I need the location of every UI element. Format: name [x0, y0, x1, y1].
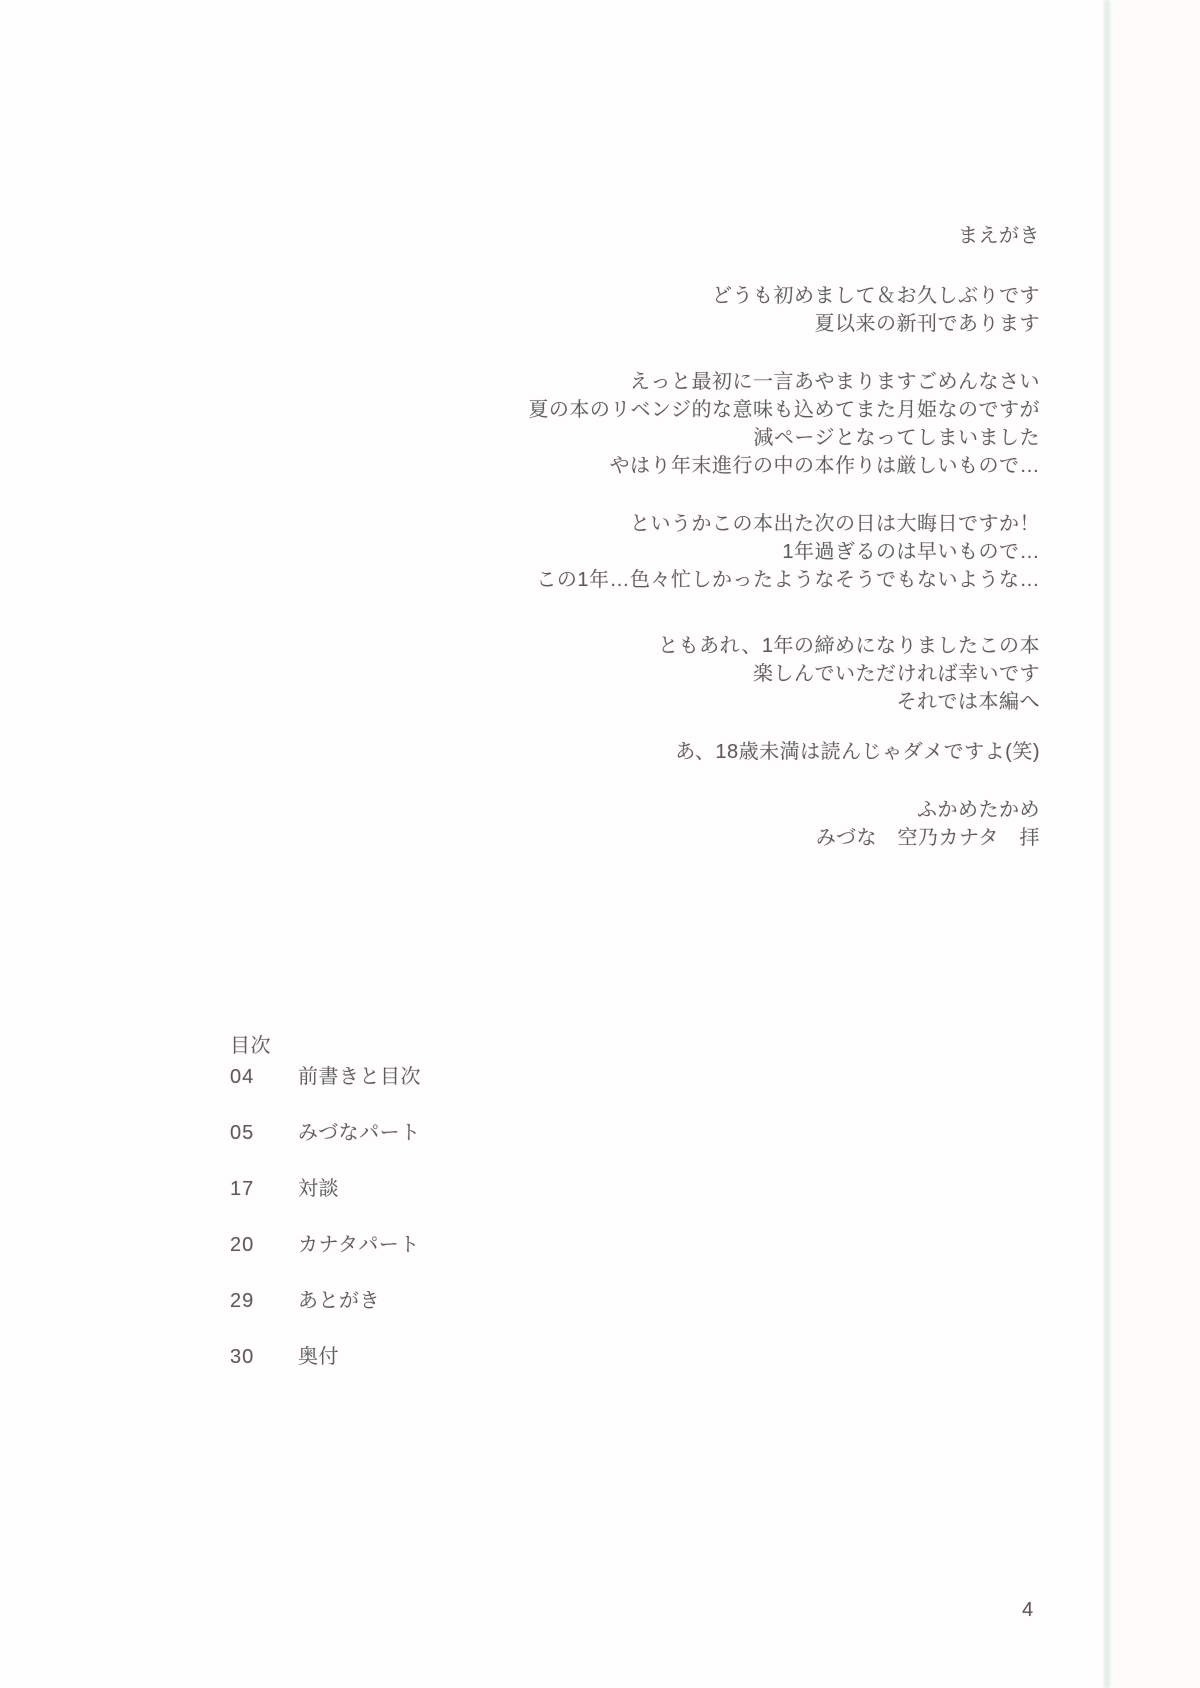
toc-item-title: カナタパート: [298, 1231, 420, 1259]
foreword-paragraph: というかこの本出た次の日は大晦日ですか！1年過ぎるのは早いもので…この1年…色々…: [100, 510, 1040, 594]
foreword-line: 楽しんでいただければ幸いです: [100, 660, 1040, 688]
toc-page-number: 30: [230, 1343, 298, 1371]
foreword-line: 減ページとなってしまいました: [100, 424, 1040, 452]
toc-heading: 目次: [230, 1032, 421, 1060]
foreword-line: 夏以来の新刊であります: [100, 310, 1040, 338]
toc-row: 30奥付: [230, 1343, 421, 1371]
toc-item-title: みづなパート: [298, 1119, 421, 1147]
toc-row: 04前書きと目次: [230, 1063, 421, 1091]
foreword-paragraphs: どうも初めまして＆お久しぶりです夏以来の新刊でありますえっと最初に一言あやまりま…: [100, 282, 1040, 852]
foreword-line: どうも初めまして＆お久しぶりです: [100, 282, 1040, 310]
foreword-line: ともあれ、1年の締めになりましたこの本: [100, 632, 1040, 660]
toc-row: 29あとがき: [230, 1287, 421, 1315]
foreword-line: えっと最初に一言あやまりますごめんなさい: [100, 368, 1040, 396]
foreword-line: それでは本編へ: [100, 688, 1040, 716]
foreword-line: 夏の本のリベンジ的な意味も込めてまた月姫なのですが: [100, 396, 1040, 424]
toc-page-number: 29: [230, 1287, 298, 1315]
page-number: 4: [1022, 1596, 1033, 1624]
toc-row: 05みづなパート: [230, 1119, 421, 1147]
toc-section: 目次 04前書きと目次05みづなパート17対談20カナタパート29あとがき30奥…: [230, 1032, 421, 1399]
toc-item-title: あとがき: [298, 1287, 380, 1315]
toc-page-number: 04: [230, 1063, 298, 1091]
toc-item-title: 前書きと目次: [298, 1063, 421, 1091]
foreword-paragraph: えっと最初に一言あやまりますごめんなさい夏の本のリベンジ的な意味も込めてまた月姫…: [100, 368, 1040, 480]
foreword-section: まえがき どうも初めまして＆お久しぶりです夏以来の新刊でありますえっと最初に一言…: [100, 222, 1040, 852]
scan-page-edge-line: [1104, 0, 1110, 1688]
foreword-line: やはり年末進行の中の本作りは厳しいもので…: [100, 452, 1040, 480]
foreword-paragraph: あ、18歳未満は読んじゃダメですよ(笑): [100, 738, 1040, 766]
toc-row: 17対談: [230, 1175, 421, 1203]
foreword-line: ふかめたかめ: [100, 796, 1040, 824]
toc-row: 20カナタパート: [230, 1231, 421, 1259]
scan-right-margin: [1110, 0, 1200, 1688]
foreword-title: まえがき: [100, 222, 1040, 250]
foreword-line: みづな 空乃カナタ 拝: [100, 824, 1040, 852]
toc-page-number: 17: [230, 1175, 298, 1203]
foreword-paragraph: ふかめたかめみづな 空乃カナタ 拝: [100, 796, 1040, 852]
foreword-line: この1年…色々忙しかったようなそうでもないような…: [100, 566, 1040, 594]
foreword-line: あ、18歳未満は読んじゃダメですよ(笑): [100, 738, 1040, 766]
foreword-line: 1年過ぎるのは早いもので…: [100, 538, 1040, 566]
foreword-paragraph: どうも初めまして＆お久しぶりです夏以来の新刊であります: [100, 282, 1040, 338]
scanned-page: まえがき どうも初めまして＆お久しぶりです夏以来の新刊でありますえっと最初に一言…: [0, 0, 1200, 1688]
foreword-paragraph: ともあれ、1年の締めになりましたこの本楽しんでいただければ幸いですそれでは本編へ: [100, 632, 1040, 716]
foreword-line: というかこの本出た次の日は大晦日ですか！: [100, 510, 1040, 538]
toc-page-number: 20: [230, 1231, 298, 1259]
toc-item-title: 奥付: [298, 1343, 339, 1371]
toc-item-title: 対談: [298, 1175, 339, 1203]
toc-items: 04前書きと目次05みづなパート17対談20カナタパート29あとがき30奥付: [230, 1063, 421, 1371]
toc-page-number: 05: [230, 1119, 298, 1147]
